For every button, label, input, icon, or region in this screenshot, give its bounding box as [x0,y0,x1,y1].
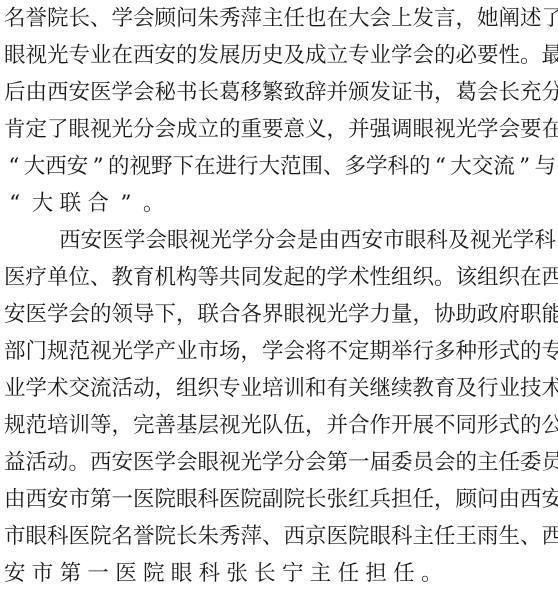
text-char: 致 [284,74,306,111]
text-char: 任 [434,518,456,555]
text-char: 发 [370,74,392,111]
document-body: 名誉院长、学会顾问朱秀萍主任也在大会上发言，她阐述了 眼视光专业在西安的发展历史… [4,0,556,592]
text-char: 视 [189,222,211,259]
text-char: 会 [145,222,167,259]
text-char: “ [4,148,24,185]
text-char: 专 [542,333,558,370]
text-char: 意 [284,111,306,148]
text-char: 作 [370,407,392,444]
text-char: 交 [69,370,91,407]
text-char: 葛 [456,74,478,111]
text-char: 活 [26,444,48,481]
text-char: 第 [90,481,112,518]
text-char: 院 [155,518,177,555]
text-char: 该 [456,259,478,296]
text-char: 长 [176,518,198,555]
text-char: 大 [32,185,54,222]
text-char: 问 [477,481,499,518]
text-char: 张 [226,555,248,592]
text-char: 第 [60,555,82,592]
text-char: 她 [477,0,499,37]
text-char: 范 [69,333,91,370]
text-char: 门 [26,333,48,370]
text-char: 安 [4,296,26,333]
text-char: 视 [305,296,327,333]
text-char: 同 [241,259,263,296]
text-char: 发 [198,37,220,74]
text-char: 学 [262,333,284,370]
text-char: 合 [219,296,241,333]
text-char: ， [413,296,435,333]
text-char: 安 [112,444,134,481]
text-char: ， [434,74,456,111]
text-char: 生 [499,518,521,555]
text-char: ， [176,296,198,333]
text-char: 发 [262,259,284,296]
text-char: 协 [434,296,456,333]
text-char: 长 [499,74,521,111]
text-char: 言 [434,0,456,37]
text-char: 量 [391,296,413,333]
text-char: 等 [90,407,112,444]
text-line: 由西安市第一医院眼科医院副院长张红兵担任，顾问由西安 [4,481,556,518]
text-char: 学 [112,0,134,37]
text-char: ” [115,185,137,222]
text-line: 肯定了眼视光分会成立的重要意义，并强调眼视光学会要在 [4,111,556,148]
text-char: 任 [338,555,360,592]
text-char: 书 [413,74,435,111]
text-char: 西 [59,222,81,259]
text-char: 织 [499,259,521,296]
text-char: 一 [348,444,370,481]
text-char: 科 [198,481,220,518]
text-char: 光 [491,222,513,259]
text-char: 育 [133,259,155,296]
text-char: ， [241,333,263,370]
text-char: 眼 [167,222,189,259]
text-char: 等 [198,259,220,296]
text-char: 组 [391,259,413,296]
text-char: 长 [198,74,220,111]
text-char: 活 [112,370,134,407]
text-char: 委 [391,444,413,481]
text-char: 会 [284,333,306,370]
text-char: “ [431,148,451,185]
text-char: 同 [456,407,478,444]
text-char: 视 [219,407,241,444]
text-char: 医 [26,296,48,333]
text-char: 院 [155,481,177,518]
text-char: 动 [47,444,69,481]
text-char: 的 [90,296,112,333]
text-char: 技 [520,370,542,407]
text-line: 眼视光专业在西安的发展历史及成立专业学会的必要性。最 [4,37,556,74]
text-char: 构 [176,259,198,296]
text-char: 的 [520,407,542,444]
text-char: 眼 [198,444,220,481]
text-char: 誉 [133,518,155,555]
text-char: 善 [155,407,177,444]
text-char: ” [88,148,108,185]
text-char: 力 [370,296,392,333]
text-char: 组 [176,370,198,407]
text-char: 王 [456,518,478,555]
text-char: 主 [477,444,499,481]
text-line: 部门规范视光学产业市场，学会将不定期举行多种形式的专 [4,333,556,370]
text-char: 围 [302,148,324,185]
text-char: 眼 [413,111,435,148]
text-char: 光 [241,407,263,444]
text-char: 的 [434,37,456,74]
text-char: 大 [259,148,281,185]
text-char: 规 [47,333,69,370]
text-char: 式 [499,333,521,370]
text-char: 由 [499,481,521,518]
text-char: 学 [124,222,146,259]
text-char: 学 [348,296,370,333]
text-char: 西 [90,444,112,481]
text-char: 、 [90,259,112,296]
text-char: 组 [477,259,499,296]
text-char: 会 [275,222,297,259]
text-char: 义 [305,111,327,148]
text-char: 的 [219,111,241,148]
text-char: 院 [241,481,263,518]
text-char: 各 [241,296,263,333]
text-char: 由 [26,74,48,111]
text-char: 强 [370,111,392,148]
text-char: 学 [155,444,177,481]
text-char: 。 [520,37,542,74]
text-char: 大 [24,148,46,185]
text-char: 的 [108,148,130,185]
text-char: 科 [388,148,410,185]
text-char: 行 [477,370,499,407]
text-char: 西 [26,481,48,518]
text-char: 培 [262,370,284,407]
text-char: 学 [133,333,155,370]
text-char: ， [305,407,327,444]
text-char: 领 [112,296,134,333]
text-char: 成 [305,37,327,74]
text-char: 是 [297,222,319,259]
text-char: 西 [542,259,558,296]
text-char: 光 [112,111,134,148]
text-char: 院 [348,518,370,555]
text-char: 科 [426,222,448,259]
text-char: 充 [520,74,542,111]
text-char: 导 [133,296,155,333]
text-char: 颁 [348,74,370,111]
text-char: 西 [542,518,558,555]
text-char: 关 [348,370,370,407]
text-char: 担 [365,555,387,592]
text-char: 的 [409,148,431,185]
text-char: 学 [477,111,499,148]
text-char: 视 [130,148,152,185]
text-char: 、 [520,518,542,555]
text-char: 调 [391,111,413,148]
text-char: 学 [262,444,284,481]
text-char: 教 [112,259,134,296]
text-char: 层 [198,407,220,444]
text-char: 在 [520,259,542,296]
text-char: 西 [133,37,155,74]
text-char: 成 [176,111,198,148]
text-char: 了 [542,0,558,37]
text-char: 联 [60,185,82,222]
text-char: 视 [219,444,241,481]
text-char: 进 [216,148,238,185]
text-char: 眼 [176,481,198,518]
text-char: 专 [348,37,370,74]
text-char: 伍 [284,407,306,444]
text-char: 医 [69,518,91,555]
text-char: 范 [26,407,48,444]
text-char: 视 [26,37,48,74]
text-char: 将 [305,333,327,370]
text-char: 长 [305,481,327,518]
text-char: 一 [87,555,109,592]
text-char: 顾 [456,481,478,518]
text-char: 委 [520,444,542,481]
text-char: 业 [499,370,521,407]
text-char: 形 [477,333,499,370]
text-char: 的 [520,333,542,370]
text-char: 业 [241,370,263,407]
text-char: 张 [327,481,349,518]
text-char: 西 [340,222,362,259]
text-char: 由 [4,481,26,518]
text-char: 学 [47,296,69,333]
text-char: 业 [90,37,112,74]
text-char: 员 [413,444,435,481]
text-char: 视 [90,333,112,370]
text-char: 期 [370,333,392,370]
text-char: 合 [87,185,109,222]
text-char: 最 [542,37,558,74]
text-char: 任 [284,0,306,37]
text-char: 会 [370,0,392,37]
text-line: 名誉院长、学会顾问朱秀萍主任也在大会上发言，她阐述了 [4,0,556,37]
text-char: 并 [348,111,370,148]
text-char: “ [4,185,26,222]
text-char: 朱 [198,518,220,555]
text-char: 式 [499,407,521,444]
text-char: 分 [284,444,306,481]
text-char: 定 [26,111,48,148]
text-char: 医 [4,259,26,296]
text-char: 书 [176,74,198,111]
text-char: 一 [112,481,134,518]
text-char: 会 [155,111,177,148]
text-char: 安 [4,555,26,592]
text-line: 安市第一医院眼科张长宁主任担任。 [4,555,556,592]
text-char: 史 [262,37,284,74]
text-char: 会 [305,444,327,481]
text-char: 在 [327,0,349,37]
text-char: 及 [284,37,306,74]
text-char: 队 [262,407,284,444]
text-char: 大 [450,148,472,185]
text-char: 院 [90,518,112,555]
text-char: 培 [47,407,69,444]
text-char: 展 [413,407,435,444]
text-char: 上 [391,0,413,37]
text-char: 范 [280,148,302,185]
text-char: 院 [143,555,165,592]
text-char: 视 [434,111,456,148]
text-char: 科 [391,518,413,555]
text-line: 市眼科医院名誉院长朱秀萍、西京医院眼科主任王雨生、西 [4,518,556,555]
text-char: 葛 [219,74,241,111]
text-char: 安 [155,37,177,74]
text-char: 担 [391,481,413,518]
text-char: 光 [47,37,69,74]
text-char: 后 [4,74,26,111]
text-char: 任 [413,481,435,518]
text-char: 会 [434,444,456,481]
text-char: 规 [4,407,26,444]
text-char: ， [456,0,478,37]
text-char: 术 [542,370,558,407]
text-char: 、 [90,0,112,37]
text-char: 基 [176,407,198,444]
text-char: 移 [241,74,263,111]
text-char: 光 [210,222,232,259]
text-char: 市 [32,555,54,592]
text-char: 也 [305,0,327,37]
text-char: 性 [370,259,392,296]
text-char: 流 [493,148,515,185]
text-char: 安 [67,148,89,185]
text-char: 大 [348,0,370,37]
text-char: 宁 [282,555,304,592]
text-char: 多 [434,333,456,370]
text-char: 的 [305,259,327,296]
text-line: 医疗单位、教育机构等共同发起的学术性组织。该组织在西 [4,259,556,296]
text-line: “大联合”。 [4,185,556,222]
text-char: 多 [345,148,367,185]
paragraph-1: 名誉院长、学会顾问朱秀萍主任也在大会上发言，她阐述了 眼视光专业在西安的发展历史… [4,0,556,222]
text-char: 届 [370,444,392,481]
text-char: 及 [448,222,470,259]
text-char: 院 [284,481,306,518]
text-char: 定 [348,333,370,370]
text-char: 疗 [26,259,48,296]
text-char: 要 [262,111,284,148]
text-char: 并 [327,74,349,111]
text-char: 。 [421,555,443,592]
text-char: 。 [434,259,456,296]
text-char: 动 [133,370,155,407]
text-char: 联 [198,296,220,333]
text-char: 单 [47,259,69,296]
text-char: 分 [542,74,558,111]
text-char: 育 [434,370,456,407]
text-char: 业 [370,37,392,74]
text-char: 朱 [198,0,220,37]
text-char: 的 [176,37,198,74]
text-line: 安医学会的领导下，联合各界眼视光学力量，协助政府职能 [4,296,556,333]
text-char: ， [327,111,349,148]
text-char: 教 [413,370,435,407]
text-char: 会 [69,296,91,333]
text-char: 有 [327,370,349,407]
text-char: 产 [155,333,177,370]
text-char: 眼 [405,222,427,259]
text-char: 医 [133,481,155,518]
text-char: 任 [393,555,415,592]
text-char: 场 [219,333,241,370]
text-char: ， [434,481,456,518]
text-char: 历 [241,37,263,74]
text-char: 眼 [69,111,91,148]
text-char: 眼 [26,518,48,555]
text-char: 阐 [499,0,521,37]
text-char: 学 [232,222,254,259]
text-char: 眼 [370,518,392,555]
text-char: 。 [69,444,91,481]
text-char: 第 [327,444,349,481]
text-char: 繁 [262,74,284,111]
text-char: 视 [470,222,492,259]
text-line: 益活动。西安医学会眼视光学分会第一届委员会的主任委员 [4,444,556,481]
text-line: 业学术交流活动，组织专业培训和有关继续教育及行业技术 [4,370,556,407]
text-char: 训 [69,407,91,444]
text-char: 光 [241,444,263,481]
text-char: 京 [305,518,327,555]
text-char: 市 [383,222,405,259]
text-char: 述 [520,0,542,37]
text-char: 不 [327,333,349,370]
text-char: 医 [90,74,112,111]
text-char: 学 [327,259,349,296]
text-char: 训 [284,370,306,407]
text-char: 肯 [4,111,26,148]
text-line: 后由西安医学会秘书长葛移繁致辞并颁发证书，葛会长充分 [4,74,556,111]
text-char: 职 [520,296,542,333]
text-char: 长 [69,0,91,37]
text-char: 市 [198,333,220,370]
text-char: 医 [219,481,241,518]
text-char: 医 [327,518,349,555]
text-char: 市 [69,481,91,518]
text-char: 光 [112,333,134,370]
text-char: 红 [348,481,370,518]
text-char: 续 [391,370,413,407]
text-char: 会 [477,74,499,111]
text-char: 位 [69,259,91,296]
text-char: 主 [262,0,284,37]
text-char: 与 [535,148,557,185]
text-char: 光 [327,296,349,333]
text-char: 西 [45,148,67,185]
text-char: 学 [26,370,48,407]
text-char: 在 [194,148,216,185]
text-char: 业 [176,333,198,370]
text-char: 院 [47,0,69,37]
text-char: 形 [477,407,499,444]
text-char: 种 [456,333,478,370]
text-char: 专 [219,370,241,407]
text-char: 萍 [241,0,263,37]
text-char: 开 [391,407,413,444]
text-char: 西 [284,518,306,555]
text-char: 要 [477,37,499,74]
text-char: 西 [47,74,69,111]
text-char: 行 [237,148,259,185]
